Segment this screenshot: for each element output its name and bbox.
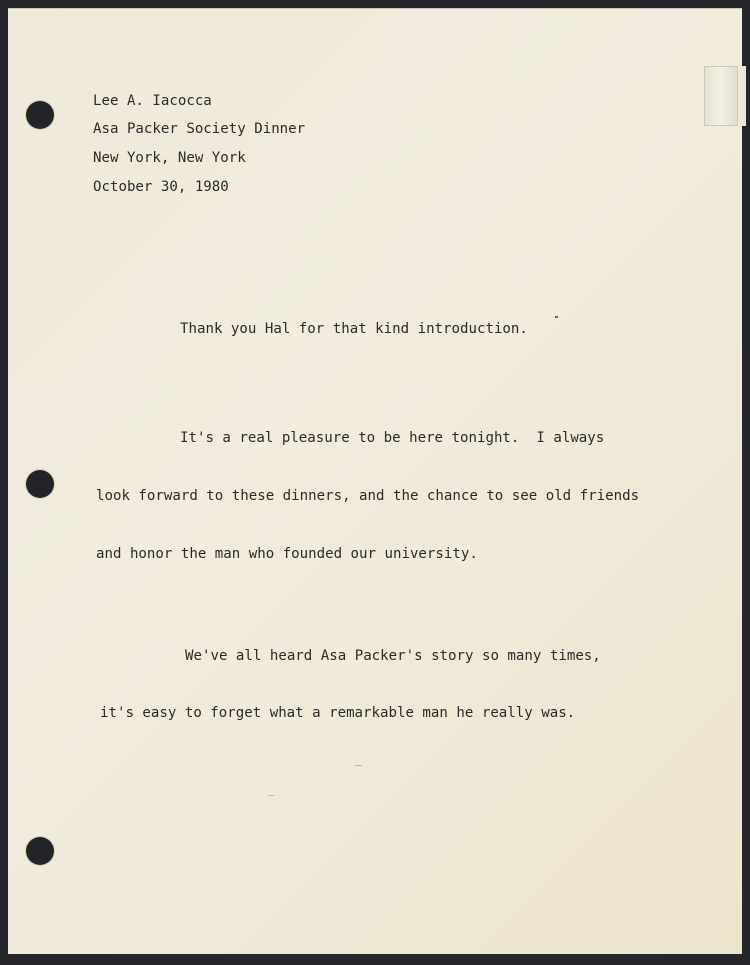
paper-speck (355, 765, 362, 766)
paper-speck (555, 316, 558, 318)
hole-punch-middle (26, 470, 54, 498)
hole-punch-top (26, 101, 54, 129)
paragraph-2-line-1: It's a real pleasure to be here tonight.… (180, 431, 604, 445)
event-name: Asa Packer Society Dinner (93, 122, 305, 136)
tape-tab (704, 66, 738, 126)
event-date: October 30, 1980 (93, 180, 229, 194)
speaker-name: Lee A. Iacocca (93, 94, 212, 108)
paragraph-3-line-2: it's easy to forget what a remarkable ma… (100, 706, 575, 720)
paragraph-1-line-1: Thank you Hal for that kind introduction… (180, 322, 528, 336)
paper-speck (268, 795, 274, 796)
paragraph-2-line-2: look forward to these dinners, and the c… (96, 489, 639, 503)
tab-edge (738, 66, 746, 126)
paragraph-3-line-1: We've all heard Asa Packer's story so ma… (185, 649, 601, 663)
event-location: New York, New York (93, 151, 246, 165)
paragraph-2-line-3: and honor the man who founded our univer… (96, 547, 478, 561)
hole-punch-bottom (26, 837, 54, 865)
